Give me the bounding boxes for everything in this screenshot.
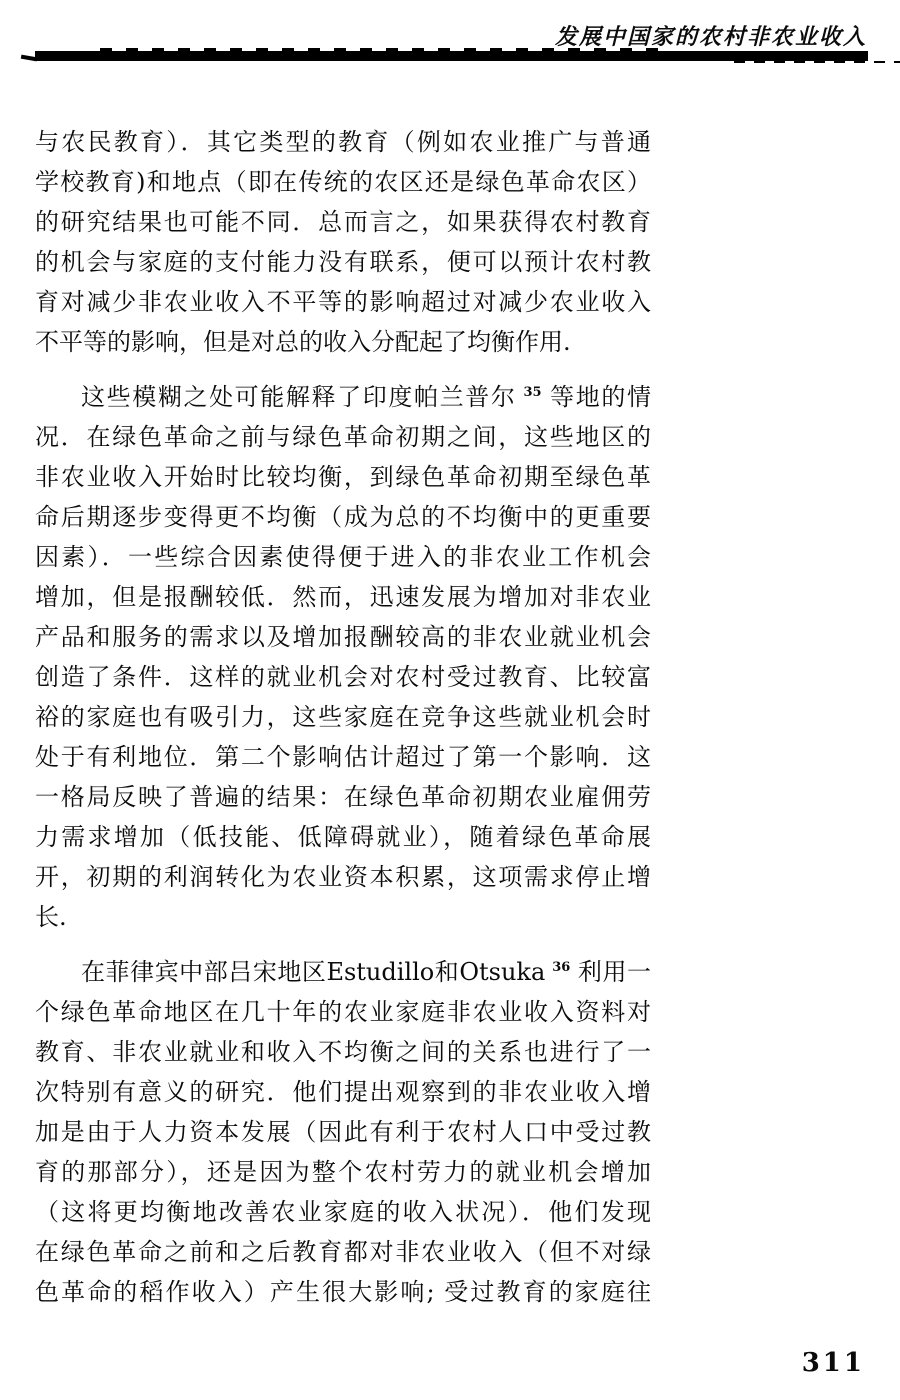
text-line: 这些模糊之处可能解释了印度帕兰普尔35等地的情 [35, 377, 651, 417]
paragraph: 与农民教育）．其它类型的教育（例如农业推广与普通学校教育)和地点（即在传统的农区… [35, 122, 651, 362]
text-line: 学校教育)和地点（即在传统的农区还是绿色革命农区） [35, 162, 651, 202]
page-number: 311 [802, 1348, 865, 1378]
header-rule [35, 51, 868, 61]
text-line: 裕的家庭也有吸引力，这些家庭在竞争这些就业机会时 [35, 697, 651, 737]
paragraph: 这些模糊之处可能解释了印度帕兰普尔35等地的情况．在绿色革命之前与绿色革命初期之… [35, 377, 651, 937]
text-line: 的机会与家庭的支付能力没有联系，便可以预计农村教 [35, 242, 651, 282]
scan-noise [725, 61, 900, 63]
text-line: 产品和服务的需求以及增加报酬较高的非农业就业机会 [35, 617, 651, 657]
text-line: 不平等的影响，但是对总的收入分配起了均衡作用. [35, 322, 651, 362]
text-line: 因素）．一些综合因素使得便于进入的非农业工作机会 [35, 537, 651, 577]
text-line: 色革命的稻作收入）产生很大影响; 受过教育的家庭往 [35, 1272, 651, 1312]
text-line: 开，初期的利润转化为农业资本积累，这项需求停止增 [35, 857, 651, 897]
text-line: 在菲律宾中部吕宋地区Estudillo和Otsuka36利用一 [35, 952, 651, 992]
text-line: 况．在绿色革命之前与绿色革命初期之间，这些地区的 [35, 417, 651, 457]
text-line: 育的那部分），还是因为整个农村劳力的就业机会增加 [35, 1152, 651, 1192]
text-line: 的研究结果也可能不同．总而言之，如果获得农村教育 [35, 202, 651, 242]
scan-noise [21, 55, 37, 62]
text-line: 个绿色革命地区在几十年的农业家庭非农业收入资料对 [35, 992, 651, 1032]
text-line: 命后期逐步变得更不均衡（成为总的不均衡中的更重要 [35, 497, 651, 537]
running-title: 发展中国家的农村非农业收入 [555, 20, 867, 51]
text-line: 加是由于人力资本发展（因此有利于农村人口中受过教 [35, 1112, 651, 1152]
footnote-ref: 36 [552, 960, 570, 975]
text-line: 育对减少非农业收入不平等的影响超过对减少农业收入 [35, 282, 651, 322]
text-line: 次特别有意义的研究．他们提出观察到的非农业收入增 [35, 1072, 651, 1112]
text-line: 增加，但是报酬较低．然而，迅速发展为增加对非农业 [35, 577, 651, 617]
text-line: 在绿色革命之前和之后教育都对非农业收入（但不对绿 [35, 1232, 651, 1272]
text-line: 长. [35, 897, 651, 937]
text-line: 教育、非农业就业和收入不均衡之间的关系也进行了一 [35, 1032, 651, 1072]
text-column: 与农民教育）．其它类型的教育（例如农业推广与普通学校教育)和地点（即在传统的农区… [35, 122, 651, 1327]
book-page: 发展中国家的农村非农业收入 与农民教育）．其它类型的教育（例如农业推广与普通学校… [0, 0, 900, 1400]
text-line: 处于有利地位．第二个影响估计超过了第一个影响．这 [35, 737, 651, 777]
text-line: 力需求增加（低技能、低障碍就业），随着绿色革命展 [35, 817, 651, 857]
text-line: 创造了条件．这样的就业机会对农村受过教育、比较富 [35, 657, 651, 697]
text-line: （这将更均衡地改善农业家庭的收入状况）．他们发现 [35, 1192, 651, 1232]
text-line: 一格局反映了普遍的结果：在绿色革命初期农业雇佣劳 [35, 777, 651, 817]
paragraph: 在菲律宾中部吕宋地区Estudillo和Otsuka36利用一个绿色革命地区在几… [35, 952, 651, 1312]
scan-noise [100, 48, 660, 51]
text-line: 与农民教育）．其它类型的教育（例如农业推广与普通 [35, 122, 651, 162]
text-line: 非农业收入开始时比较均衡，到绿色革命初期至绿色革 [35, 457, 651, 497]
footnote-ref: 35 [523, 385, 541, 400]
